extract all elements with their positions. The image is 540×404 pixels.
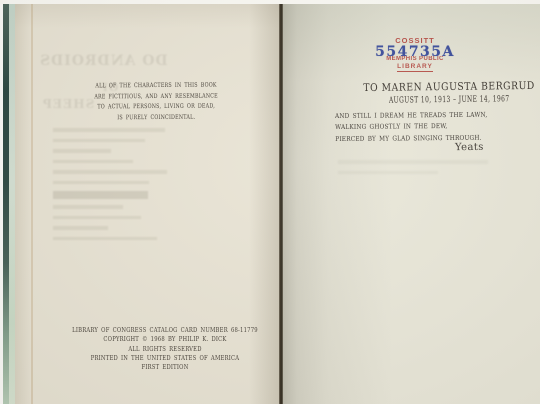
bleed-through-title-word: DO ANDROIDS <box>39 53 168 69</box>
ghost-bleed-line <box>53 237 157 241</box>
loc-catalog-number-line: LIBRARY OF CONGRESS CATALOG CARD NUMBER … <box>59 326 272 335</box>
ghost-bleed-line <box>53 181 149 185</box>
bleed-through-text-block <box>338 160 498 181</box>
stamp-library-name-line2: LIBRARY <box>335 63 495 70</box>
disclaimer-line: IS PURELY COINCIDENTAL. <box>59 112 254 124</box>
ghost-bleed-line <box>53 149 111 153</box>
ghost-bleed-line <box>338 160 488 164</box>
printed-in-line: PRINTED IN THE UNITED STATES OF AMERICA <box>59 354 272 363</box>
dedication-name-line: TO MAREN AUGUSTA BERGRUD <box>361 80 537 94</box>
ghost-bleed-line <box>53 205 123 209</box>
rights-reserved-line: ALL RIGHTS RESERVED <box>59 345 272 354</box>
photo-margin-top <box>0 0 540 4</box>
ghost-bleed-line <box>53 226 108 230</box>
ghost-bleed-heading <box>53 191 148 199</box>
first-edition-line: FIRST EDITION <box>59 363 272 372</box>
ghost-bleed-line <box>53 216 141 220</box>
right-page: COSSITT 554735A MEMPHIS PUBLIC LIBRARY T… <box>283 2 540 404</box>
stamp-accession-number: 554735A <box>335 46 495 59</box>
stamp-library-underlined: LIBRARY <box>397 63 433 72</box>
bleed-through-text-block <box>53 128 169 247</box>
library-stamp: COSSITT 554735A MEMPHIS PUBLIC LIBRARY <box>335 36 495 70</box>
book-gutter-shadow <box>279 0 283 404</box>
open-book-photo: DO ANDROIDS OF SHEEP ALL OF THE CHARACTE… <box>0 0 540 404</box>
disclaimer-block: ALL OF THE CHARACTERS IN THIS BOOK ARE F… <box>59 80 254 124</box>
epigraph-line: PIERCED BY MY GLAD SINGING THROUGH. <box>335 132 520 145</box>
ghost-bleed-line <box>338 171 438 175</box>
ghost-bleed-line <box>53 139 145 143</box>
dedication-block: TO MAREN AUGUSTA BERGRUD AUGUST 10, 1913… <box>349 80 540 106</box>
endpaper-edge <box>9 0 15 404</box>
dedication-dates-line: AUGUST 10, 1913 – JUNE 14, 1967 <box>379 94 519 106</box>
epigraph-block: AND STILL I DREAM HE TREADS THE LAWN, WA… <box>335 109 540 145</box>
ghost-bleed-line <box>53 160 133 164</box>
ghost-bleed-line <box>53 128 165 132</box>
copyright-imprint-block: LIBRARY OF CONGRESS CATALOG CARD NUMBER … <box>59 326 272 372</box>
ghost-bleed-line <box>53 170 167 174</box>
copyright-line: COPYRIGHT © 1968 BY PHILIP K. DICK <box>59 335 272 344</box>
left-page: DO ANDROIDS OF SHEEP ALL OF THE CHARACTE… <box>15 2 279 404</box>
epigraph-attribution: Yeats <box>455 142 484 153</box>
